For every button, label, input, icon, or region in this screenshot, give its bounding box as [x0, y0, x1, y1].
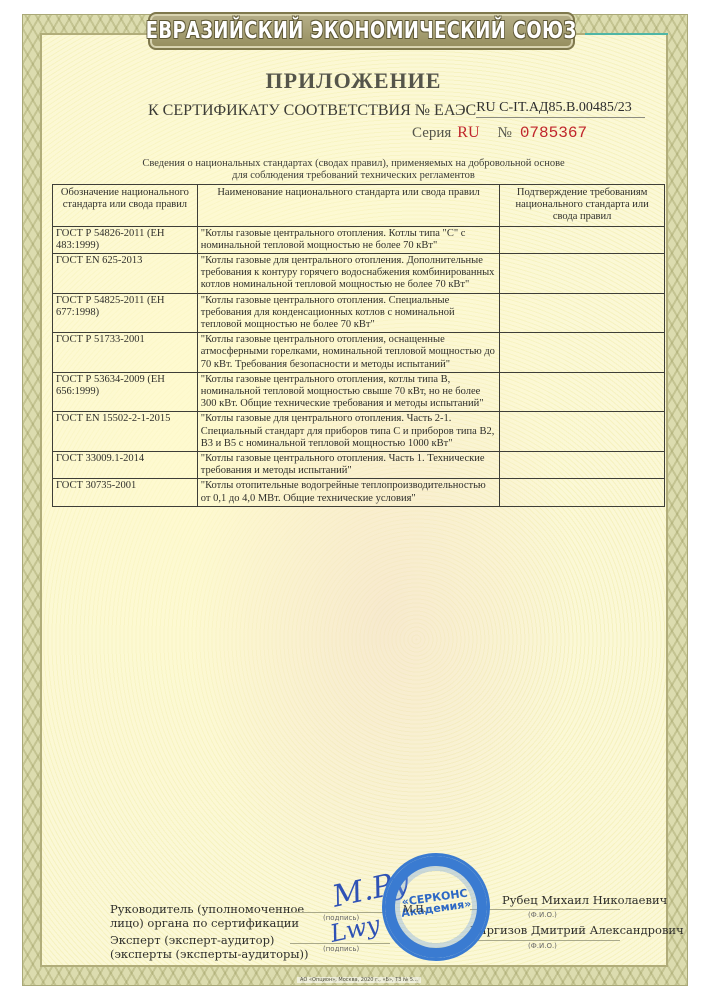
expert-name-caption: (Ф.И.О.): [528, 942, 557, 950]
standard-confirmation: [500, 479, 665, 506]
standard-name: "Котлы газовые центрального отопления, к…: [197, 372, 499, 412]
head-label-line-2: лицо) органа по сертификации: [110, 916, 304, 930]
standard-name: "Котлы газовые для центрального отоплени…: [197, 412, 499, 452]
table-row: ГОСТ Р 51733-2001 "Котлы газовые централ…: [53, 333, 665, 373]
table-row: ГОСТ EN 15502-2-1-2015 "Котлы газовые дл…: [53, 412, 665, 452]
table-row: ГОСТ Р 53634-2009 (ЕН 656:1999) "Котлы г…: [53, 372, 665, 412]
table-row: ГОСТ 33009.1-2014 "Котлы газовые централ…: [53, 452, 665, 479]
banner-text: ЕВРАЗИЙСКИЙ ЭКОНОМИЧЕСКИЙ СОЮЗ: [146, 18, 577, 44]
certificate-prefix: К СЕРТИФИКАТУ СООТВЕТСТВИЯ № ЕАЭС: [148, 102, 476, 119]
series-value: RU: [457, 124, 479, 141]
series-line: СерияRU№0785367: [412, 124, 587, 142]
standard-confirmation: [500, 452, 665, 479]
standard-confirmation: [500, 226, 665, 253]
expert-label-line-2: (эксперты (эксперты-аудиторы)): [110, 947, 309, 961]
standard-confirmation: [500, 372, 665, 412]
standard-code: ГОСТ Р 54825-2011 (ЕН 677:1998): [53, 293, 198, 333]
header-confirmation: Подтверждение требованиям национального …: [500, 185, 665, 227]
intro-line-1: Сведения о национальных стандартах (свод…: [0, 158, 707, 170]
table-row: ГОСТ Р 54825-2011 (ЕН 677:1998) "Котлы г…: [53, 293, 665, 333]
standard-confirmation: [500, 333, 665, 373]
head-name-caption: (Ф.И.О.): [528, 911, 557, 919]
printer-imprint: АО «Опцион», Москва, 2020 г., «Б», ТЗ № …: [297, 977, 421, 983]
standard-name: "Котлы отопительные водогрейные теплопро…: [197, 479, 499, 506]
standard-code: ГОСТ Р 53634-2009 (ЕН 656:1999): [53, 372, 198, 412]
head-name: Рубец Михаил Николаевич: [502, 893, 667, 907]
head-label-line-1: Руководитель (уполномоченное: [110, 902, 304, 916]
expert-name: Киргизов Дмитрий Александрович: [470, 923, 684, 937]
standard-confirmation: [500, 293, 665, 333]
standard-code: ГОСТ EN 625-2013: [53, 254, 198, 294]
head-of-body-label: Руководитель (уполномоченное лицо) орган…: [110, 902, 304, 930]
standard-name: "Котлы газовые для центрального отоплени…: [197, 254, 499, 294]
standard-code: ГОСТ 33009.1-2014: [53, 452, 198, 479]
expert-label: Эксперт (эксперт-аудитор) (эксперты (экс…: [110, 933, 309, 961]
decorative-line: [585, 33, 668, 35]
standard-confirmation: [500, 412, 665, 452]
table-row: ГОСТ 30735-2001 "Котлы отопительные водо…: [53, 479, 665, 506]
intro-text: Сведения о национальных стандартах (свод…: [0, 158, 707, 182]
standard-name: "Котлы газовые центрального отопления. С…: [197, 293, 499, 333]
expert-name-line: [470, 940, 620, 941]
standard-code: ГОСТ Р 51733-2001: [53, 333, 198, 373]
standard-name: "Котлы газовые центрального отопления. К…: [197, 226, 499, 253]
standard-code: ГОСТ Р 54826-2011 (ЕН 483:1999): [53, 226, 198, 253]
table-header-row: Обозначение национального стандарта или …: [53, 185, 665, 227]
form-number: 0785367: [520, 124, 587, 142]
stamp-place-label: М.П.: [403, 903, 426, 915]
intro-line-2: для соблюдения требований технических ре…: [0, 170, 707, 182]
standard-name: "Котлы газовые центрального отопления, о…: [197, 333, 499, 373]
standard-code: ГОСТ EN 15502-2-1-2015: [53, 412, 198, 452]
union-banner: ЕВРАЗИЙСКИЙ ЭКОНОМИЧЕСКИЙ СОЮЗ: [148, 12, 575, 50]
header-name: Наименование национального стандарта или…: [197, 185, 499, 227]
document-title: ПРИЛОЖЕНИЕ: [0, 68, 707, 94]
expert-label-line-1: Эксперт (эксперт-аудитор): [110, 933, 309, 947]
number-label: №: [498, 125, 512, 141]
stamp-center-text: «СЕРКОНС Академия»: [383, 885, 487, 921]
table-row: ГОСТ EN 625-2013 "Котлы газовые для цент…: [53, 254, 665, 294]
standard-code: ГОСТ 30735-2001: [53, 479, 198, 506]
standard-name: "Котлы газовые центрального отопления. Ч…: [197, 452, 499, 479]
series-label: Серия: [412, 125, 451, 141]
standard-confirmation: [500, 254, 665, 294]
table-row: ГОСТ Р 54826-2011 (ЕН 483:1999) "Котлы г…: [53, 226, 665, 253]
header-code: Обозначение национального стандарта или …: [53, 185, 198, 227]
head-name-line: [470, 909, 620, 910]
standards-table: Обозначение национального стандарта или …: [52, 184, 665, 507]
certificate-number: RU C-IT.АД85.В.00485/23: [476, 100, 645, 118]
certificate-reference: К СЕРТИФИКАТУ СООТВЕТСТВИЯ № ЕАЭСRU C-IT…: [148, 100, 645, 120]
